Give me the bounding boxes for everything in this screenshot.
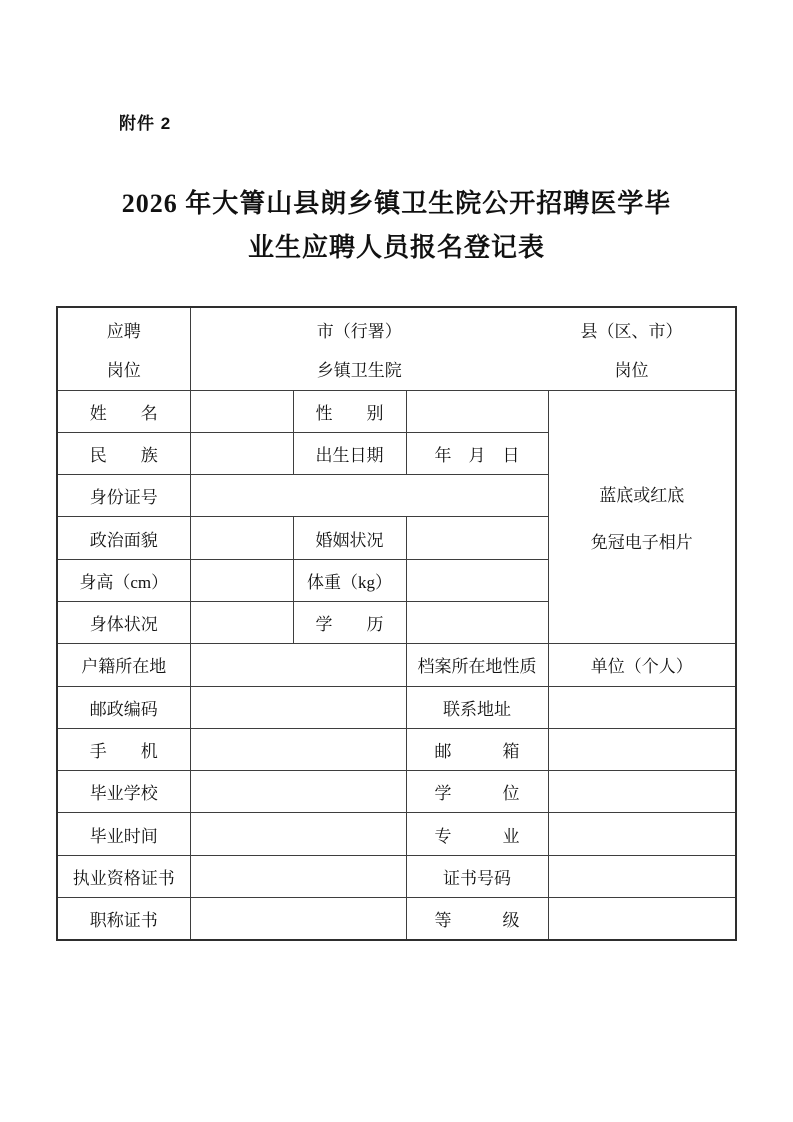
id-number-value-cell: [190, 475, 548, 517]
household-location-value-cell: [190, 644, 406, 686]
ethnicity-label: 民 族: [57, 432, 190, 474]
ethnicity-value-cell: [190, 432, 293, 474]
position-header-cell: 市（行署） 县（区、市） 乡镇卫生院 岗位: [190, 307, 736, 390]
archive-nature-value-cell: 单位（个人）: [548, 644, 736, 686]
birth-date-value-cell: 年 月 日: [406, 432, 548, 474]
graduation-time-label: 毕业时间: [57, 813, 190, 855]
document-title: 2026 年大箐山县朗乡镇卫生院公开招聘医学毕 业生应聘人员报名登记表: [0, 182, 793, 270]
graduation-school-value-cell: [190, 771, 406, 813]
position-header-line1: 市（行署） 县（区、市）: [191, 317, 736, 342]
name-label: 姓 名: [57, 390, 190, 432]
mobile-label: 手 机: [57, 728, 190, 770]
postal-code-label: 邮政编码: [57, 686, 190, 728]
degree-value-cell: [548, 771, 736, 813]
contact-address-value-cell: [548, 686, 736, 728]
document-page: 附件 2 2026 年大箐山县朗乡镇卫生院公开招聘医学毕 业生应聘人员报名登记表…: [0, 0, 793, 1122]
city-prefecture-label: 市（行署）: [191, 317, 529, 342]
education-value-cell: [406, 601, 548, 643]
township-health-center-label: 乡镇卫生院: [191, 356, 529, 381]
physical-condition-value-cell: [190, 601, 293, 643]
postal-code-value-cell: [190, 686, 406, 728]
practice-certificate-value-cell: [190, 855, 406, 897]
position-label-line2: 岗位: [107, 356, 141, 381]
photo-note-line1: 蓝底或红底: [599, 481, 684, 506]
major-label: 专 业: [406, 813, 548, 855]
education-label: 学 历: [293, 601, 406, 643]
registration-form-table: 应聘 岗位 市（行署） 县（区、市） 乡镇卫生院 岗位 姓 名: [56, 306, 737, 941]
grade-label: 等 级: [406, 898, 548, 940]
physical-condition-label: 身体状况: [57, 601, 190, 643]
certificate-number-label: 证书号码: [406, 855, 548, 897]
graduation-time-value-cell: [190, 813, 406, 855]
position-label-cell: 应聘 岗位: [57, 307, 190, 390]
title-line-1: 2026 年大箐山县朗乡镇卫生院公开招聘医学毕: [0, 182, 793, 226]
position-label-line1: 应聘: [107, 317, 141, 342]
post-label: 岗位: [528, 356, 735, 381]
title-certificate-label: 职称证书: [57, 898, 190, 940]
certificate-number-value-cell: [548, 855, 736, 897]
weight-label: 体重（kg）: [293, 559, 406, 601]
archive-nature-label: 档案所在地性质: [406, 644, 548, 686]
gender-value-cell: [406, 390, 548, 432]
major-value-cell: [548, 813, 736, 855]
gender-label: 性 别: [293, 390, 406, 432]
county-district-label: 县（区、市）: [528, 317, 735, 342]
marital-status-label: 婚姻状况: [293, 517, 406, 559]
photo-note-line2: 免冠电子相片: [591, 528, 693, 553]
title-line-2: 业生应聘人员报名登记表: [0, 226, 793, 270]
marital-status-value-cell: [406, 517, 548, 559]
height-label: 身高（cm）: [57, 559, 190, 601]
id-number-label: 身份证号: [57, 475, 190, 517]
email-value-cell: [548, 728, 736, 770]
practice-certificate-label: 执业资格证书: [57, 855, 190, 897]
photo-placeholder-cell: 蓝底或红底 免冠电子相片: [548, 390, 736, 644]
title-certificate-value-cell: [190, 898, 406, 940]
birth-date-label: 出生日期: [293, 432, 406, 474]
attachment-label: 附件 2: [119, 109, 171, 134]
mobile-value-cell: [190, 728, 406, 770]
household-location-label: 户籍所在地: [57, 644, 190, 686]
contact-address-label: 联系地址: [406, 686, 548, 728]
position-header-line2: 乡镇卫生院 岗位: [191, 356, 736, 381]
height-value-cell: [190, 559, 293, 601]
political-status-value-cell: [190, 517, 293, 559]
grade-value-cell: [548, 898, 736, 940]
weight-value-cell: [406, 559, 548, 601]
graduation-school-label: 毕业学校: [57, 771, 190, 813]
political-status-label: 政治面貌: [57, 517, 190, 559]
email-label: 邮 箱: [406, 728, 548, 770]
name-value-cell: [190, 390, 293, 432]
degree-label: 学 位: [406, 771, 548, 813]
